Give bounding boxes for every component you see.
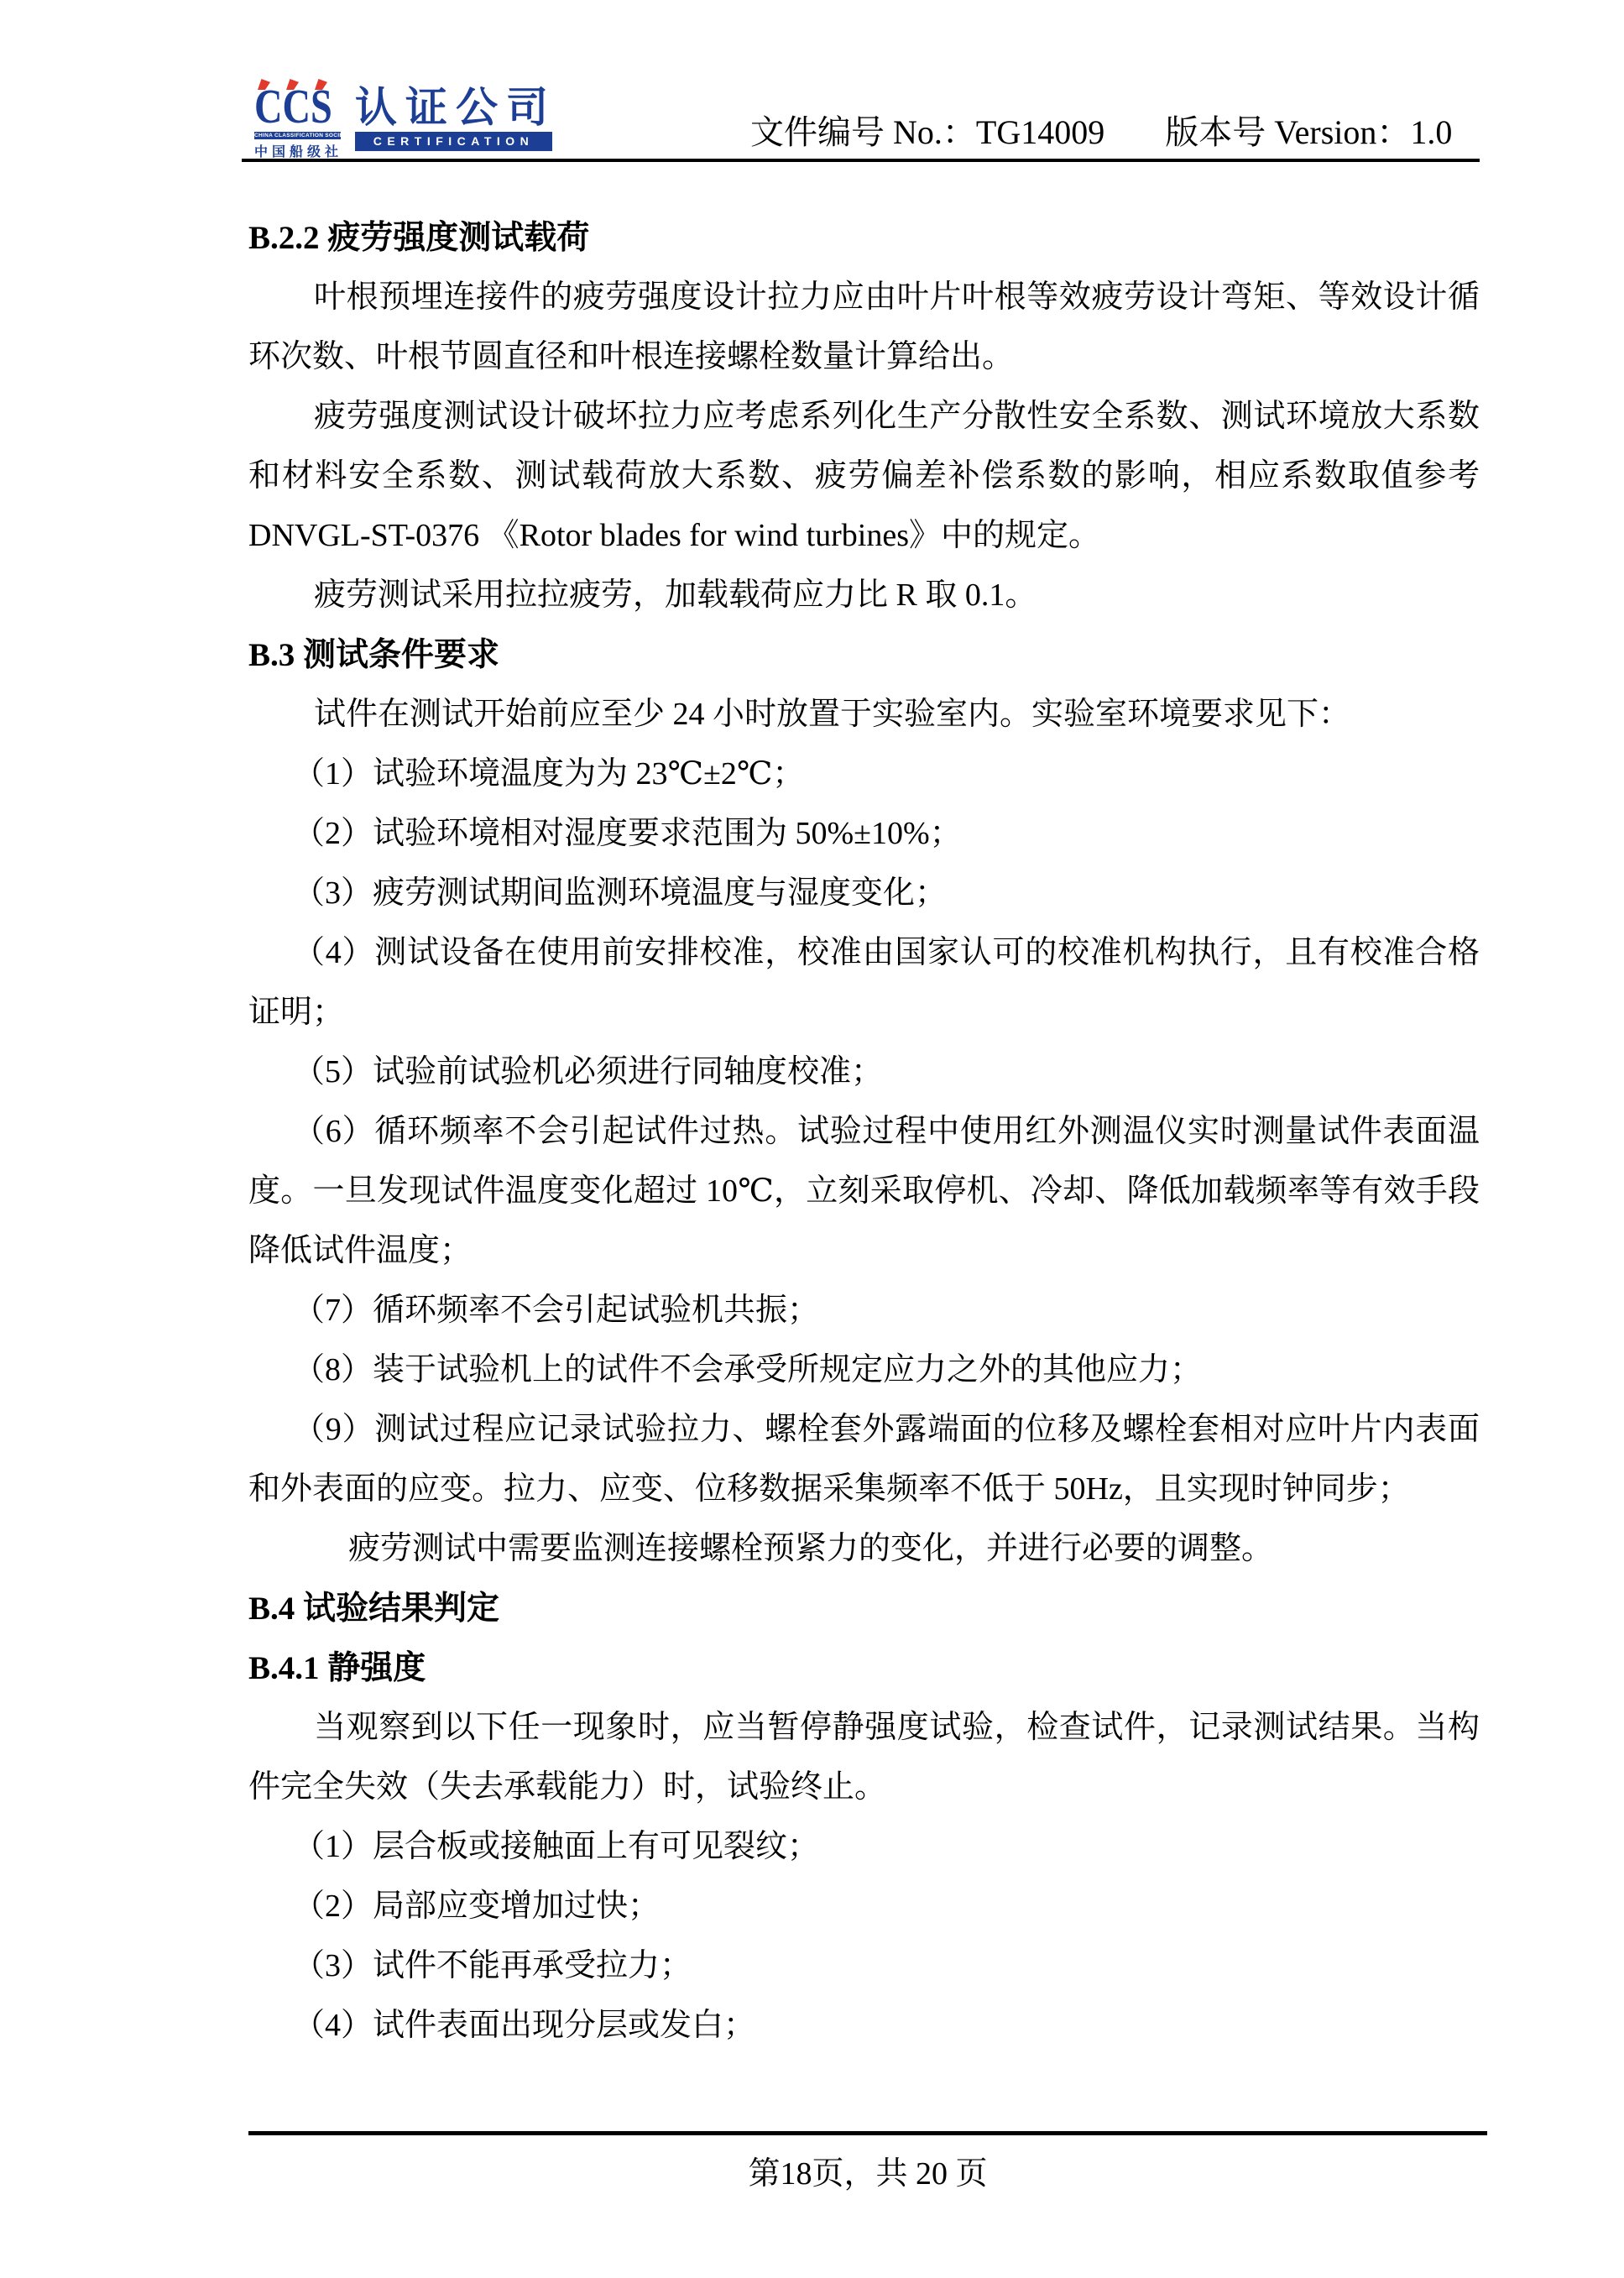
- list-item: （6）循环频率不会引起试件过热。试验过程中使用红外测温仪实时测量试件表面温度。一…: [248, 1102, 1480, 1281]
- document-page: CCS CHINA CLASSIFICATION SOCIETY 中国船级社 认…: [0, 0, 1624, 2278]
- certification-en-label: CERTIFICATION: [355, 132, 552, 151]
- ccs-logo-text: CCS: [254, 86, 332, 127]
- section-heading: B.4 试验结果判定: [248, 1579, 1480, 1638]
- list-item: （3）试件不能再承受拉力；: [248, 1936, 1480, 1996]
- note-paragraph: 疲劳测试中需要监测连接螺栓预紧力的变化，并进行必要的调整。: [248, 1519, 1480, 1579]
- list-item: （5）试验前试验机必须进行同轴度校准；: [248, 1042, 1480, 1102]
- list-item: （8）装于试验机上的试件不会承受所规定应力之外的其他应力；: [248, 1340, 1480, 1400]
- list-item: （3）疲劳测试期间监测环境温度与湿度变化；: [248, 864, 1480, 923]
- ccs-logo: CCS CHINA CLASSIFICATION SOCIETY 中国船级社 认…: [254, 86, 556, 160]
- section-heading: B.3 测试条件要求: [248, 625, 1480, 685]
- footer-divider: [248, 2131, 1487, 2135]
- list-item: （4）试件表面出现分层或发白；: [248, 1996, 1480, 2056]
- list-item: （1）试验环境温度为为 23℃±2℃；: [248, 745, 1480, 804]
- paragraph: 试件在测试开始前应至少 24 小时放置于实验室内。实验室环境要求见下：: [248, 685, 1480, 745]
- paragraph: 当观察到以下任一现象时，应当暂停静强度试验，检查试件，记录测试结果。当构件完全失…: [248, 1698, 1480, 1817]
- section-heading: B.4.1 静强度: [248, 1638, 1480, 1698]
- document-body: B.2.2 疲劳强度测试载荷 叶根预埋连接件的疲劳强度设计拉力应由叶片叶根等效疲…: [248, 208, 1480, 2056]
- footer-page-indicator: 第18页，共 20 页: [248, 2149, 1487, 2199]
- paragraph: 疲劳强度测试设计破坏拉力应考虑系列化生产分散性安全系数、测试环境放大系数和材料安…: [248, 387, 1480, 566]
- list-item: （1）层合板或接触面上有可见裂纹；: [248, 1817, 1480, 1877]
- certification-cn-label: 认证公司: [355, 86, 556, 128]
- doc-number-label: 文件编号 No.：TG14009: [750, 113, 1104, 151]
- list-item: （2）试验环境相对湿度要求范围为 50%±10%；: [248, 804, 1480, 864]
- ccs-society-cn-label: 中国船级社: [254, 141, 344, 160]
- doc-version-label: 版本号 Version：1.0: [1165, 113, 1452, 151]
- ccs-logo-right: 认证公司 CERTIFICATION: [355, 86, 556, 151]
- paragraph: 疲劳测试采用拉拉疲劳，加载载荷应力比 R 取 0.1。: [248, 566, 1480, 625]
- list-item: （7）循环频率不会引起试验机共振；: [248, 1281, 1480, 1340]
- list-item: （2）局部应变增加过快；: [248, 1877, 1480, 1936]
- ccs-logo-left: CCS CHINA CLASSIFICATION SOCIETY 中国船级社: [254, 86, 344, 160]
- header-divider: [242, 159, 1480, 162]
- list-item: （4）测试设备在使用前安排校准，校准由国家认可的校准机构执行，且有校准合格证明；: [248, 923, 1480, 1042]
- document-info: 文件编号 No.：TG14009版本号 Version：1.0: [750, 112, 1452, 153]
- section-heading: B.2.2 疲劳强度测试载荷: [248, 208, 1480, 268]
- list-item: （9）测试过程应记录试验拉力、螺栓套外露端面的位移及螺栓套相对应叶片内表面和外表…: [248, 1400, 1480, 1519]
- paragraph: 叶根预埋连接件的疲劳强度设计拉力应由叶片叶根等效疲劳设计弯矩、等效设计循环次数、…: [248, 268, 1480, 387]
